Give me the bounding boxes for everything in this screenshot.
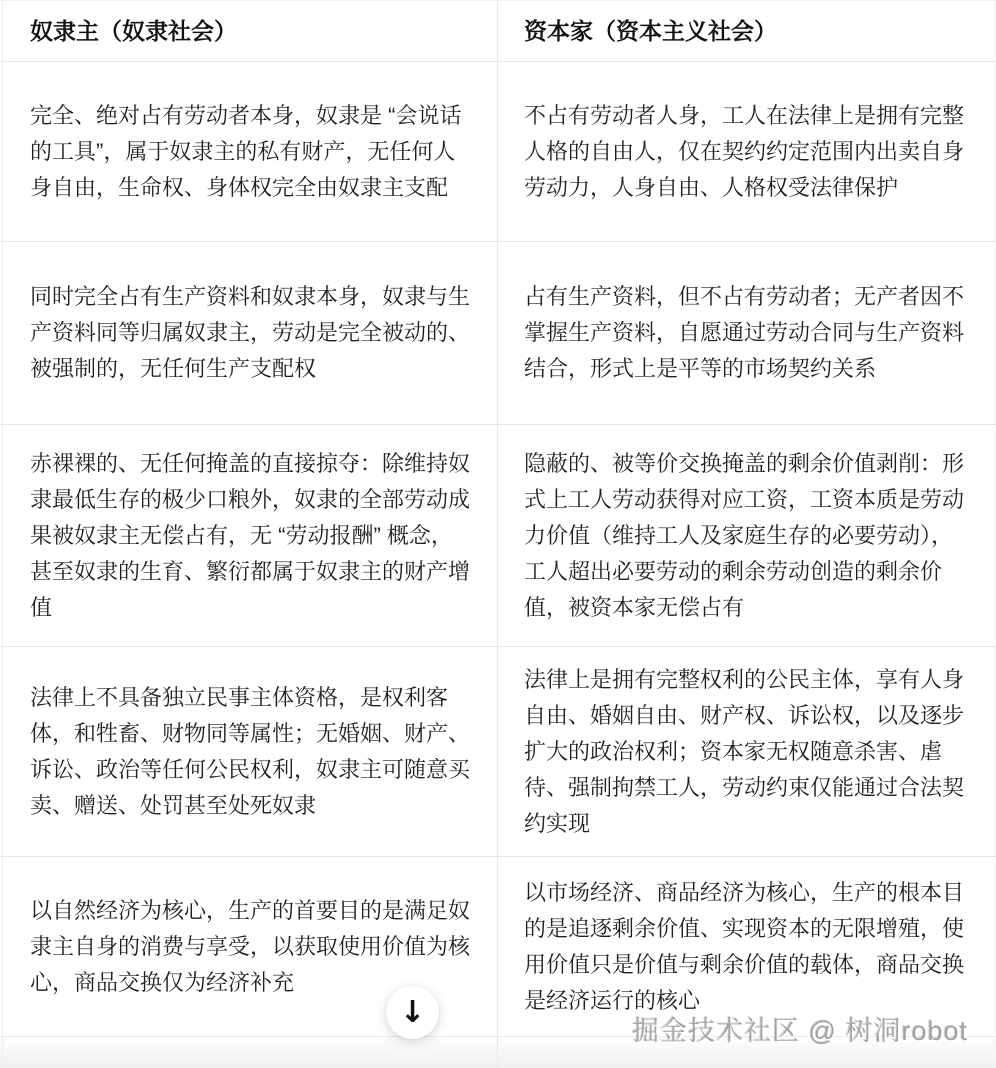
comparison-table-page: 奴隶主（奴隶社会） 资本家（资本主义社会） 完全、绝对占有劳动者本身，奴隶是 “…	[0, 0, 996, 1068]
table-right-border	[994, 1, 995, 1068]
cell-legal-status-capitalist: 法律上是拥有完整权利的公民主体，享有人身自由、婚姻自由、财产权、诉讼权，以及逐步…	[497, 647, 996, 856]
table-header-row: 奴隶主（奴隶社会） 资本家（资本主义社会）	[0, 1, 996, 61]
table-left-border	[2, 1, 3, 1068]
cell-means-of-production-capitalist: 占有生产资料，但不占有劳动者；无产者因不掌握生产资料，自愿通过劳动合同与生产资料…	[497, 242, 996, 424]
down-arrow-icon: ↓	[400, 998, 425, 1028]
watermark: 掘金技术社区 @ 树洞robot	[632, 1009, 968, 1048]
table-row: 赤裸裸的、无任何掩盖的直接掠夺：除维持奴隶最低生存的极少口粮外，奴隶的全部劳动成…	[0, 424, 996, 646]
table-row: 同时完全占有生产资料和奴隶本身，奴隶与生产资料同等归属奴隶主，劳动是完全被动的、…	[0, 241, 996, 424]
cell-means-of-production-slave: 同时完全占有生产资料和奴隶本身，奴隶与生产资料同等归属奴隶主，劳动是完全被动的、…	[0, 242, 497, 424]
column-divider	[497, 1, 498, 1068]
table-row: 完全、绝对占有劳动者本身，奴隶是 “会说话的工具”，属于奴隶主的私有财产，无任何…	[0, 61, 996, 241]
cell-legal-status-slave: 法律上不具备独立民事主体资格，是权利客体，和牲畜、财物同等属性；无婚姻、财产、诉…	[0, 647, 497, 856]
cell-exploitation-slave: 赤裸裸的、无任何掩盖的直接掠夺：除维持奴隶最低生存的极少口粮外，奴隶的全部劳动成…	[0, 425, 497, 646]
cell-ownership-capitalist: 不占有劳动者人身，工人在法律上是拥有完整人格的自由人，仅在契约约定范围内出卖自身…	[497, 62, 996, 241]
cell-ownership-slave: 完全、绝对占有劳动者本身，奴隶是 “会说话的工具”，属于奴隶主的私有财产，无任何…	[0, 62, 497, 241]
table-row: 法律上不具备独立民事主体资格，是权利客体，和牲畜、财物同等属性；无婚姻、财产、诉…	[0, 646, 996, 856]
column-header-capitalist: 资本家（资本主义社会）	[497, 1, 996, 61]
scroll-down-button[interactable]: ↓	[386, 986, 439, 1039]
cell-exploitation-capitalist: 隐蔽的、被等价交换掩盖的剩余价值剥削：形式上工人劳动获得对应工资，工资本质是劳动…	[497, 425, 996, 646]
column-header-slave-owner: 奴隶主（奴隶社会）	[0, 1, 497, 61]
